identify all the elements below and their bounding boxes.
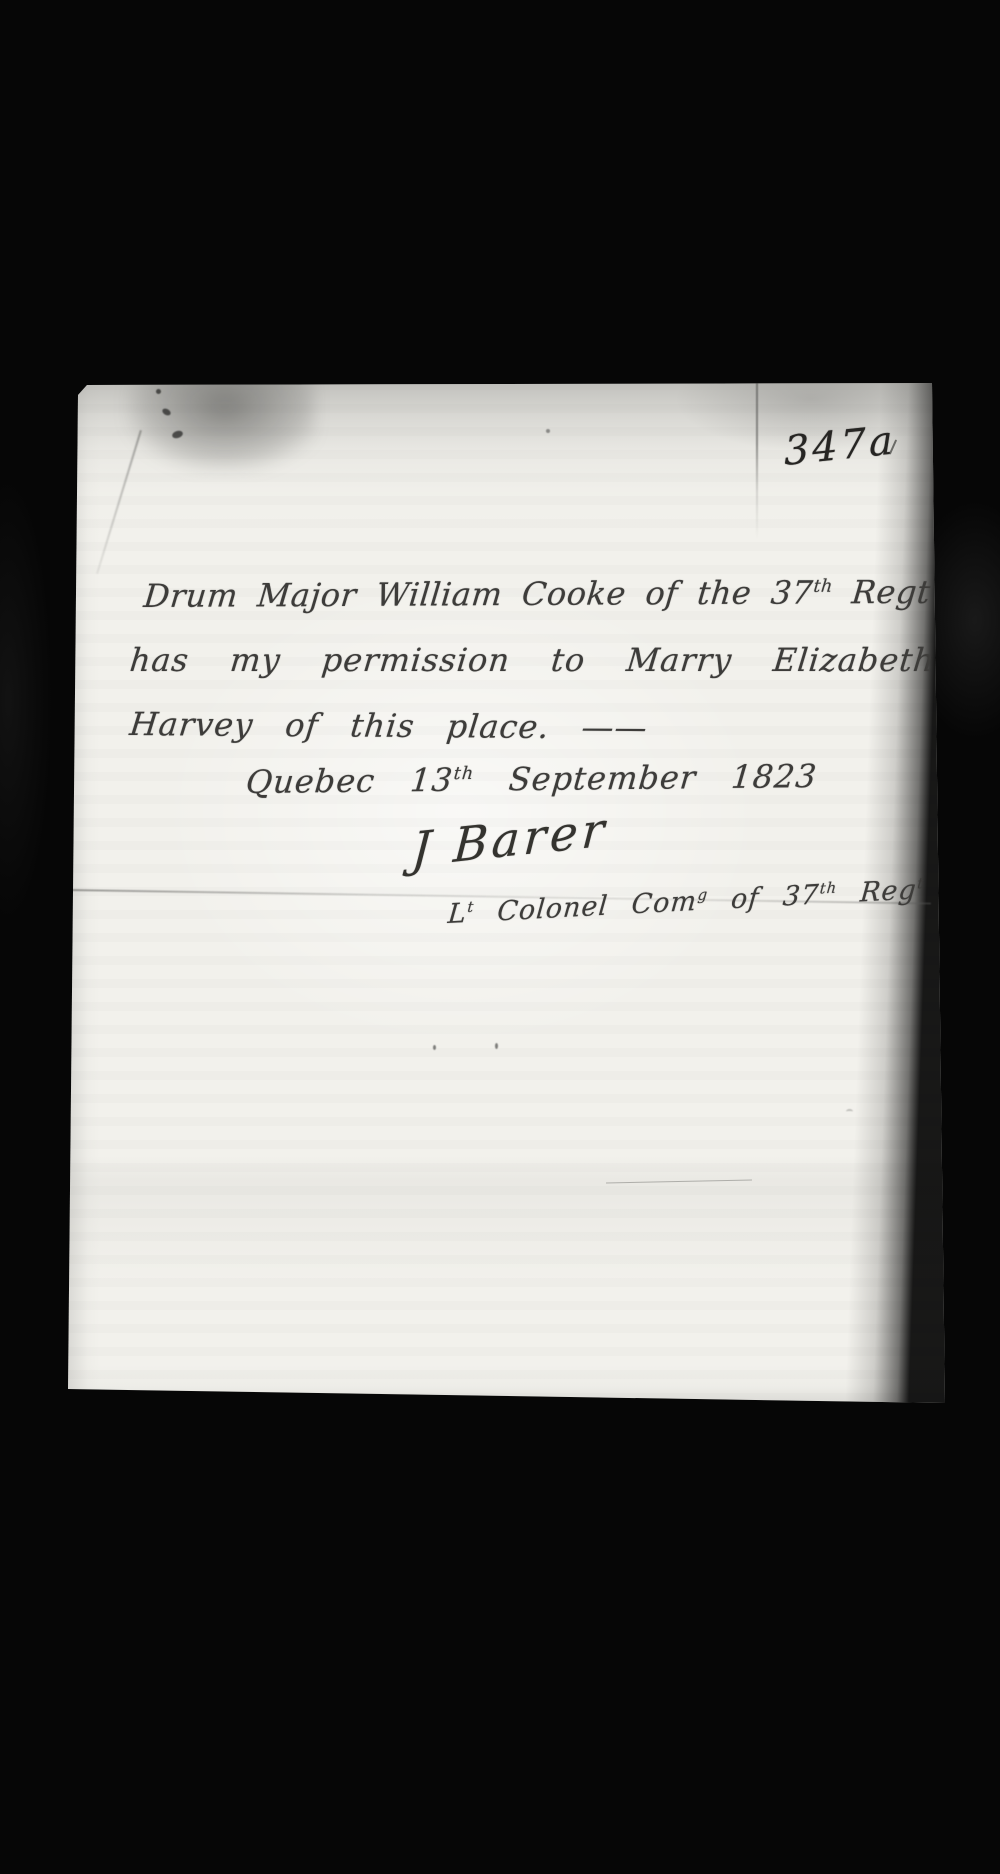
letter-line-3: Harvey of this place. —— — [128, 705, 650, 747]
signature: J Barer — [410, 802, 610, 878]
photograph-background: 347a Drum Major William Cooke of the 37t… — [0, 0, 1000, 1874]
ink-speck — [156, 389, 161, 394]
document-page: 347a Drum Major William Cooke of the 37t… — [66, 381, 946, 1408]
paper-mark — [846, 1109, 853, 1114]
letter-line-1: Drum Major William Cooke of the 37th Reg… — [142, 573, 932, 615]
archive-number-annotation: 347a — [783, 417, 896, 475]
ink-speck — [495, 1043, 498, 1049]
stain-top-left — [126, 367, 316, 471]
letter-line-2: has my permission to Marry Elizabeth — [128, 641, 937, 679]
letter-dateline: Quebec 13th September 1823 — [244, 757, 819, 801]
fold-line-vertical — [756, 381, 758, 539]
ink-speck — [546, 429, 550, 433]
signature-rank-line: Lt Colonel Comg of 37th Regt — [447, 874, 925, 930]
scratch-line — [606, 1179, 752, 1183]
ink-speck — [433, 1045, 436, 1050]
crease-diagonal — [96, 430, 142, 574]
